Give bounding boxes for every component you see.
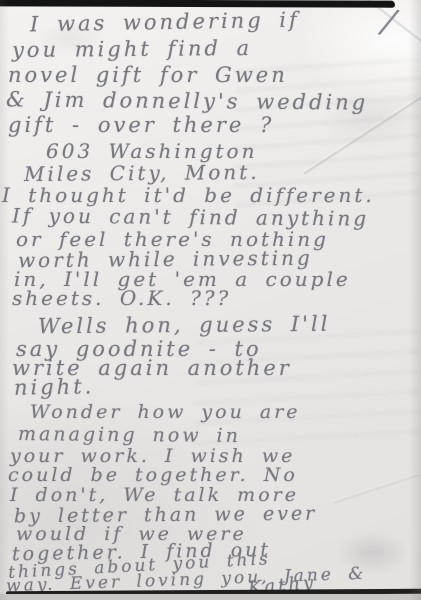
handwritten-line: Wonder how you are <box>30 401 301 423</box>
handwritten-line: & Jim donnelly's wedding <box>6 87 368 114</box>
scan-edge-bottom <box>0 594 421 600</box>
paper-edge-shadow <box>409 0 421 600</box>
handwritten-line: gift - over there ? <box>8 113 274 137</box>
fold-crease <box>304 64 421 175</box>
letter-paper: / I was wondering ifyou might find anove… <box>0 0 421 600</box>
handwritten-line: sheets. O.K. ??? <box>12 286 231 310</box>
fold-crease <box>316 0 421 71</box>
handwritten-line: night. <box>14 374 95 399</box>
handwritten-line: managing now in <box>18 423 241 447</box>
handwritten-line: novel gift for Gwen <box>8 63 288 87</box>
paper-edge-shadow <box>0 0 9 600</box>
handwritten-line: you might find a <box>12 36 252 62</box>
handwritten-line: Wells hon, guess I'll <box>38 312 331 339</box>
fold-crease <box>333 458 421 503</box>
handwritten-line: I was wondering if <box>30 8 300 37</box>
scanned-letter: / I was wondering ifyou might find anove… <box>0 0 421 600</box>
handwritten-line: could be together. No <box>8 464 298 486</box>
